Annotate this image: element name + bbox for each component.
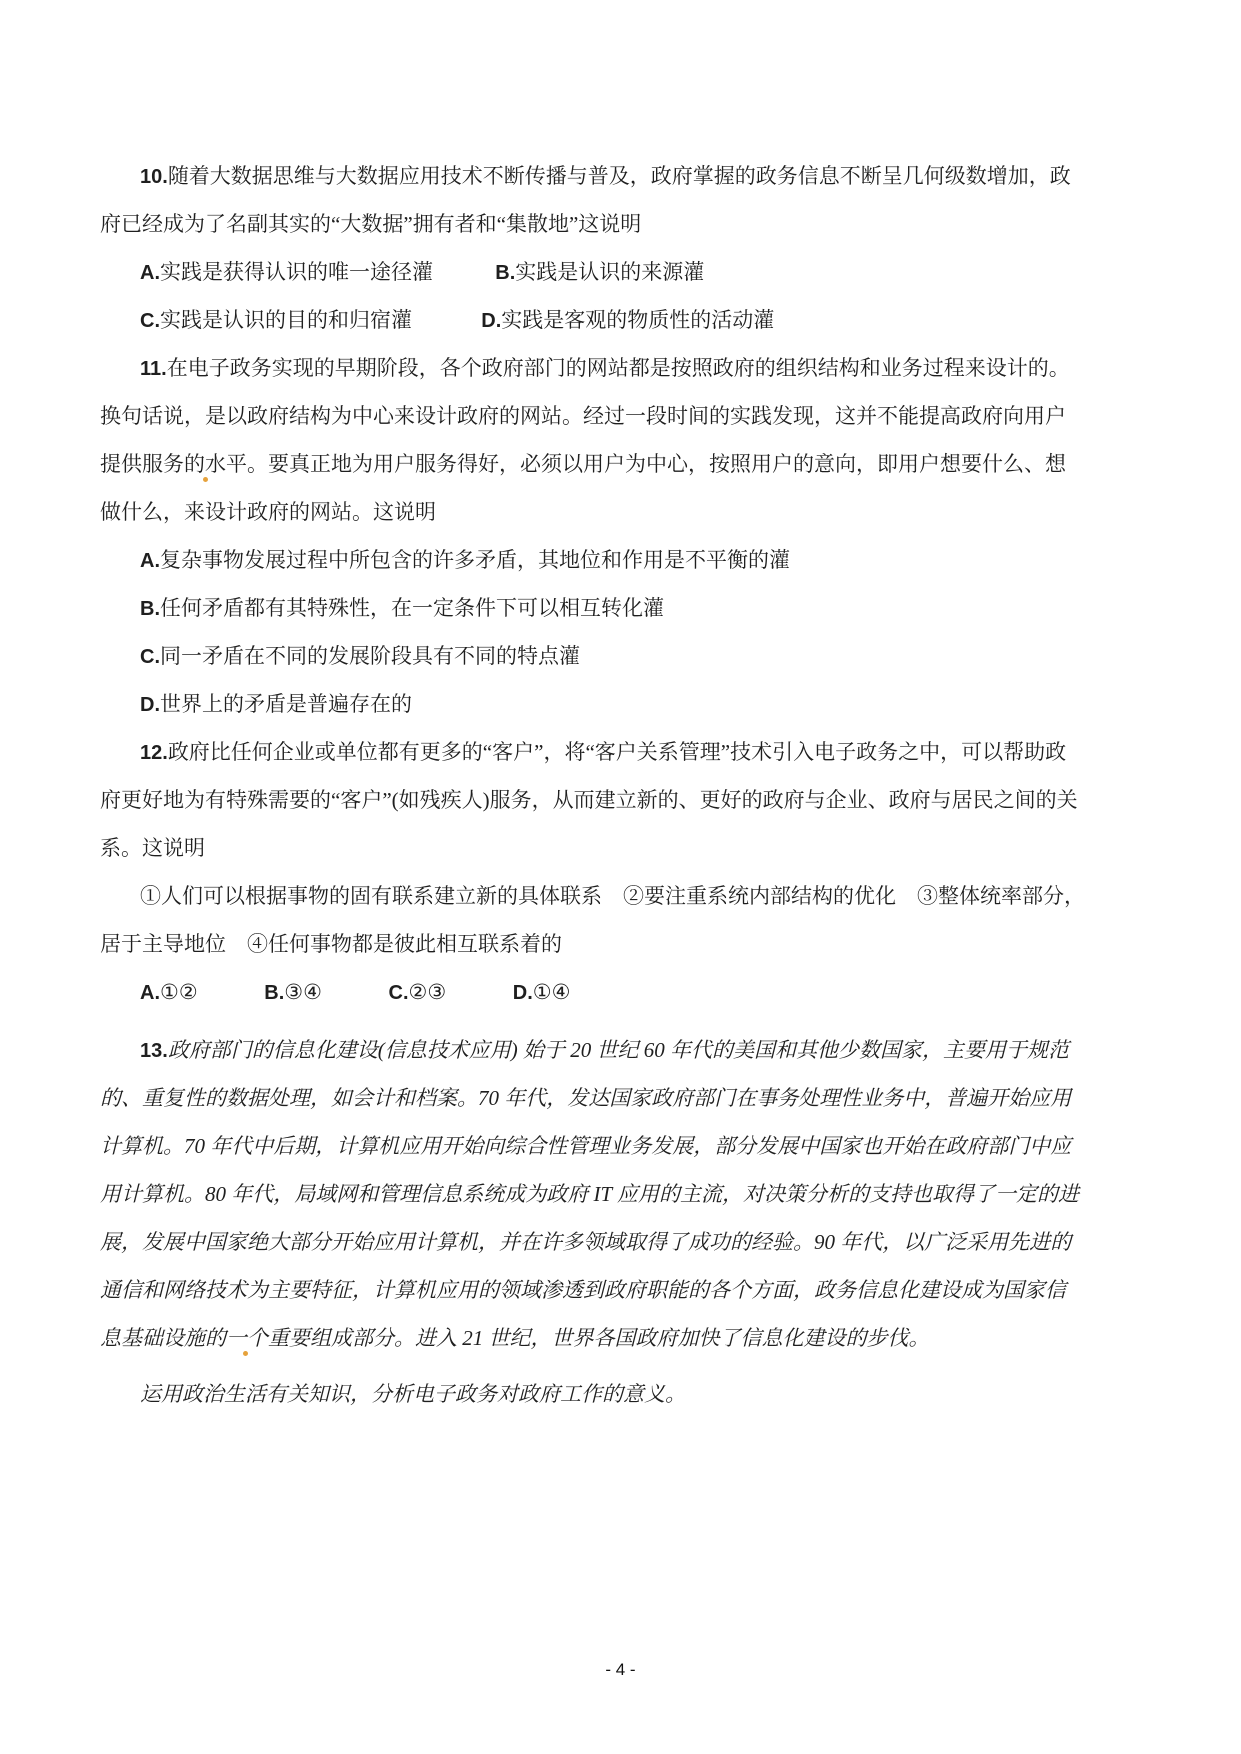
question-number: 10. <box>140 166 168 188</box>
option-text: 实践是认识的目的和归宿灌 <box>160 308 412 332</box>
question-number: 12. <box>140 742 168 764</box>
option-letter: C. <box>389 982 409 1004</box>
numbered-statements: 居于主导地位 ④任何事物都是彼此相互联系着的 <box>100 932 562 956</box>
question-12-stem-line-2: 府更好地为有特殊需要的“客户”(如残疾人)服务，从而建立新的、更好的政府与企业、… <box>100 776 1146 824</box>
option-letter: D. <box>140 694 160 716</box>
stem-text: 息基础设施的一个重要组成部分。进入 21 世纪，世界各国政府加快了信息化建设的步… <box>100 1326 930 1350</box>
question-13-stem-line-6: 通信和网络技术为主要特征，计算机应用的领域渗透到政府职能的各个方面，政务信息化建… <box>100 1266 1146 1314</box>
question-11: 11.在电子政务实现的早期阶段，各个政府部门的网站都是按照政府的组织结构和业务过… <box>100 344 1146 728</box>
question-13: 13.政府部门的信息化建设(信息技术应用) 始于 20 世纪 60 年代的美国和… <box>100 1026 1146 1418</box>
stem-text: 政府比任何企业或单位都有更多的“客户”，将“客户关系管理”技术引入电子政务之中，… <box>168 740 1066 764</box>
option-text: 实践是客观的物质性的活动灌 <box>501 308 774 332</box>
option-c: C.②③ <box>389 968 508 1017</box>
question-10: 10.随着大数据思维与大数据应用技术不断传播与普及，政府掌握的政务信息不断呈几何… <box>100 152 1146 344</box>
option-letter: D. <box>513 982 533 1004</box>
question-10-options-row-2: C.实践是认识的目的和归宿灌 D.实践是客观的物质性的活动灌 <box>100 296 1146 344</box>
page-number: - 4 - <box>0 1660 1241 1680</box>
numbered-statements: ①人们可以根据事物的固有联系建立新的具体联系 ②要注重系统内部结构的优化 ③整体… <box>140 884 1085 908</box>
question-12-stem-line-3: 系。这说明 <box>100 824 1146 872</box>
question-12-answers-row: A.①② B.③④ C.②③ D.①④ <box>100 968 1146 1016</box>
question-12-stem-line-1: 12.政府比任何企业或单位都有更多的“客户”，将“客户关系管理”技术引入电子政务… <box>100 728 1146 776</box>
question-11-option-b: B.任何矛盾都有其特殊性，在一定条件下可以相互转化灌 <box>100 584 1146 632</box>
question-11-option-a: A.复杂事物发展过程中所包含的许多矛盾，其地位和作用是不平衡的灌 <box>100 536 1146 584</box>
question-11-stem-line-4: 做什么，来设计政府的网站。这说明 <box>100 488 1146 536</box>
option-letter: C. <box>140 646 160 668</box>
option-b: B.③④ <box>264 968 383 1017</box>
option-text: 实践是认识的来源灌 <box>515 260 704 284</box>
option-letter: A. <box>140 262 160 284</box>
page-content: 10.随着大数据思维与大数据应用技术不断传播与普及，政府掌握的政务信息不断呈几何… <box>100 152 1146 1418</box>
stem-text: 提供服务的水平。要真正地为用户服务得好，必须以用户为中心，按照用户的意向，即用户… <box>100 452 1066 476</box>
option-text: 复杂事物发展过程中所包含的许多矛盾，其地位和作用是不平衡的灌 <box>160 548 790 572</box>
stem-text: 系。这说明 <box>100 836 205 860</box>
option-text: 世界上的矛盾是普遍存在的 <box>160 692 412 716</box>
stem-text: 做什么，来设计政府的网站。这说明 <box>100 500 436 524</box>
question-13-task-line: 运用政治生活有关知识，分析电子政务对政府工作的意义。 <box>100 1370 1146 1418</box>
question-13-stem-line-5: 展，发展中国家绝大部分开始应用计算机，并在许多领域取得了成功的经验。90 年代，… <box>100 1218 1146 1266</box>
option-text: ①④ <box>533 980 571 1004</box>
stem-text: 计算机。70 年代中后期，计算机应用开始向综合性管理业务发展，部分发展中国家也开… <box>100 1134 1071 1158</box>
stem-text: 用计算机。80 年代，局域网和管理信息系统成为政府 IT 应用的主流，对决策分析… <box>100 1182 1079 1206</box>
question-11-stem-line-2: 换句话说，是以政府结构为中心来设计政府的网站。经过一段时间的实践发现，这并不能提… <box>100 392 1146 440</box>
option-a: A.实践是获得认识的唯一途径灌 <box>140 248 490 297</box>
option-letter: C. <box>140 310 160 332</box>
task-text: 运用政治生活有关知识，分析电子政务对政府工作的意义。 <box>140 1382 686 1406</box>
stem-text: 政府部门的信息化建设(信息技术应用) 始于 20 世纪 60 年代的美国和其他少… <box>168 1038 1069 1062</box>
stem-text: 府已经成为了名副其实的“大数据”拥有者和“集散地”这说明 <box>100 212 641 236</box>
question-11-option-d: D.世界上的矛盾是普遍存在的 <box>100 680 1146 728</box>
option-text: 任何矛盾都有其特殊性，在一定条件下可以相互转化灌 <box>160 596 664 620</box>
question-10-stem-line-1: 10.随着大数据思维与大数据应用技术不断传播与普及，政府掌握的政务信息不断呈几何… <box>100 152 1146 200</box>
question-11-stem-line-1: 11.在电子政务实现的早期阶段，各个政府部门的网站都是按照政府的组织结构和业务过… <box>100 344 1146 392</box>
stem-text: 通信和网络技术为主要特征，计算机应用的领域渗透到政府职能的各个方面，政务信息化建… <box>100 1278 1066 1302</box>
question-12: 12.政府比任何企业或单位都有更多的“客户”，将“客户关系管理”技术引入电子政务… <box>100 728 1146 1016</box>
stem-text: 展，发展中国家绝大部分开始应用计算机，并在许多领域取得了成功的经验。90 年代，… <box>100 1230 1071 1254</box>
option-letter: D. <box>481 310 501 332</box>
question-13-stem-line-2: 的、重复性的数据处理，如会计和档案。70 年代，发达国家政府部门在事务处理性业务… <box>100 1074 1146 1122</box>
option-text: ③④ <box>284 980 322 1004</box>
question-11-stem-line-3: 提供服务的水平。要真正地为用户服务得好，必须以用户为中心，按照用户的意向，即用户… <box>100 440 1146 488</box>
proofread-dot <box>203 477 208 482</box>
option-text: 实践是获得认识的唯一途径灌 <box>160 260 433 284</box>
option-letter: B. <box>495 262 515 284</box>
option-text: ①② <box>160 980 198 1004</box>
stem-text: 随着大数据思维与大数据应用技术不断传播与普及，政府掌握的政务信息不断呈几何级数增… <box>168 164 1071 188</box>
option-d: D.实践是客观的物质性的活动灌 <box>481 296 774 345</box>
option-b: B.实践是认识的来源灌 <box>495 248 704 297</box>
option-letter: B. <box>140 598 160 620</box>
option-c: C.实践是认识的目的和归宿灌 <box>140 296 476 345</box>
question-10-options-row-1: A.实践是获得认识的唯一途径灌 B.实践是认识的来源灌 <box>100 248 1146 296</box>
option-a: A.①② <box>140 968 259 1017</box>
question-13-stem-line-3: 计算机。70 年代中后期，计算机应用开始向综合性管理业务发展，部分发展中国家也开… <box>100 1122 1146 1170</box>
proofread-dot <box>243 1351 248 1356</box>
option-text: ②③ <box>409 980 447 1004</box>
question-number: 13. <box>140 1040 168 1062</box>
question-13-stem-line-1: 13.政府部门的信息化建设(信息技术应用) 始于 20 世纪 60 年代的美国和… <box>100 1026 1146 1074</box>
question-10-stem-line-2: 府已经成为了名副其实的“大数据”拥有者和“集散地”这说明 <box>100 200 1146 248</box>
question-13-stem-line-4: 用计算机。80 年代，局域网和管理信息系统成为政府 IT 应用的主流，对决策分析… <box>100 1170 1146 1218</box>
option-letter: A. <box>140 550 160 572</box>
question-13-stem-line-7: 息基础设施的一个重要组成部分。进入 21 世纪，世界各国政府加快了信息化建设的步… <box>100 1314 1146 1362</box>
question-12-items-line-1: ①人们可以根据事物的固有联系建立新的具体联系 ②要注重系统内部结构的优化 ③整体… <box>100 872 1146 920</box>
option-d: D.①④ <box>513 968 632 1017</box>
question-number: 11. <box>140 358 167 380</box>
option-text: 同一矛盾在不同的发展阶段具有不同的特点灌 <box>160 644 580 668</box>
question-11-option-c: C.同一矛盾在不同的发展阶段具有不同的特点灌 <box>100 632 1146 680</box>
stem-text: 换句话说，是以政府结构为中心来设计政府的网站。经过一段时间的实践发现，这并不能提… <box>100 404 1066 428</box>
document-page: { "meta": { "type": "exam-paper-page", "… <box>0 0 1241 1754</box>
stem-text: 府更好地为有特殊需要的“客户”(如残疾人)服务，从而建立新的、更好的政府与企业、… <box>100 788 1078 812</box>
stem-text: 的、重复性的数据处理，如会计和档案。70 年代，发达国家政府部门在事务处理性业务… <box>100 1086 1071 1110</box>
option-letter: A. <box>140 982 160 1004</box>
question-12-items-line-2: 居于主导地位 ④任何事物都是彼此相互联系着的 <box>100 920 1146 968</box>
stem-text: 在电子政务实现的早期阶段，各个政府部门的网站都是按照政府的组织结构和业务过程来设… <box>167 356 1070 380</box>
option-letter: B. <box>264 982 284 1004</box>
